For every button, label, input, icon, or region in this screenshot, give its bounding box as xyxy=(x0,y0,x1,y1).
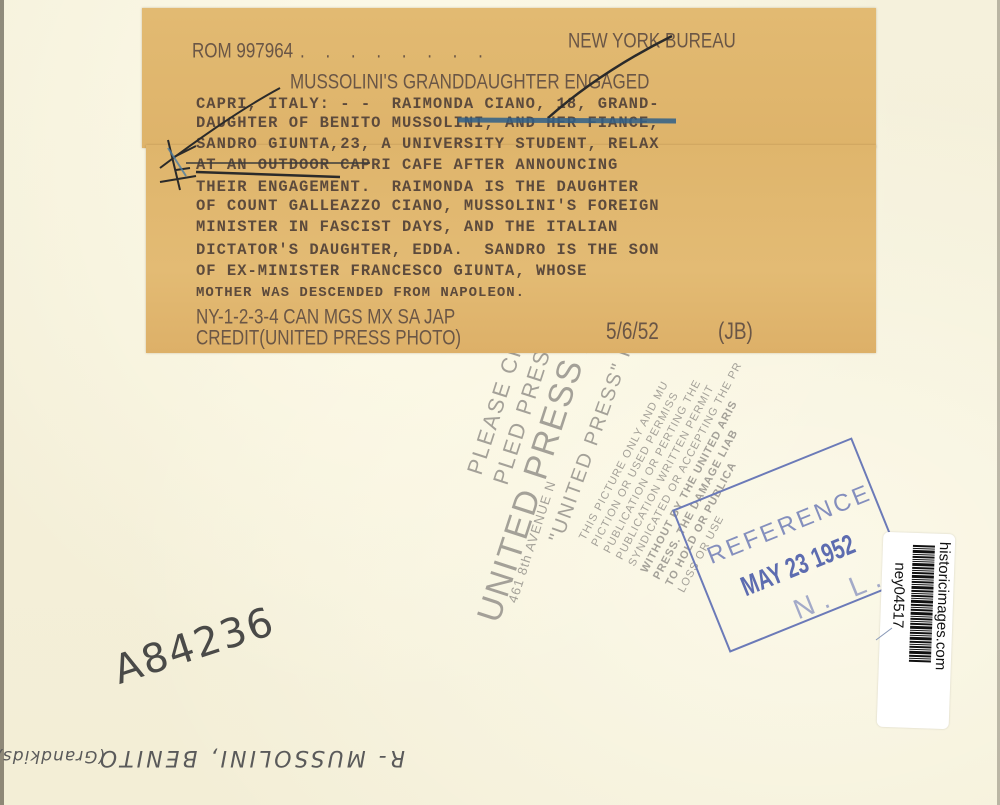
label-site-text: historicimages.com xyxy=(932,542,953,671)
caption-distribution: NY-1-2-3-4 CAN MGS MX SA JAP xyxy=(196,306,455,327)
caption-line: SANDRO GIUNTA,23, A UNIVERSITY STUDENT, … xyxy=(196,137,660,153)
caption-line: OF COUNT GALLEAZZO CIANO, MUSSOLINI'S FO… xyxy=(196,199,660,215)
caption-line: CAPRI, ITALY: - - RAIMONDA CIANO, 18, GR… xyxy=(196,97,660,113)
caption-line: DAUGHTER OF BENITO MUSSOLINI, AND HER FI… xyxy=(196,116,660,132)
caption-line: MINISTER IN FASCIST DAYS, AND THE ITALIA… xyxy=(196,220,618,236)
barcode-icon xyxy=(908,545,935,696)
caption-headline: MUSSOLINI'S GRANDDAUGHTER ENGAGED xyxy=(290,71,649,92)
caption-header-dots: . . . . . . . . xyxy=(300,40,491,61)
caption-line: AT AN OUTDOOR CAPRI CAFE AFTER ANNOUNCIN… xyxy=(196,158,618,174)
caption-bureau: NEW YORK BUREAU xyxy=(568,30,736,51)
caption-ref-number: ROM 997964 xyxy=(192,40,293,61)
label-id-text: ney04517 xyxy=(889,562,908,628)
caption-credit: CREDIT(UNITED PRESS PHOTO) xyxy=(196,327,461,348)
caption-line: THEIR ENGAGEMENT. RAIMONDA IS THE DAUGHT… xyxy=(196,180,639,196)
photo-left-edge xyxy=(0,0,4,805)
caption-line: OF EX-MINISTER FRANCESCO GIUNTA, WHOSE xyxy=(196,264,587,280)
caption-line: DICTATOR'S DAUGHTER, EDDA. SANDRO IS THE… xyxy=(196,243,660,259)
handwritten-file-note-suffix: (Grandkids) xyxy=(0,746,105,766)
handwritten-file-note: R- MUSSOLINI, BENITO xyxy=(97,745,405,770)
caption-date: 5/6/52 xyxy=(606,320,659,344)
barcode-label: historicimages.com ney04517 xyxy=(877,532,956,729)
caption-line: MOTHER WAS DESCENDED FROM NAPOLEON. xyxy=(196,286,525,300)
caption-initials: (JB) xyxy=(718,320,753,344)
